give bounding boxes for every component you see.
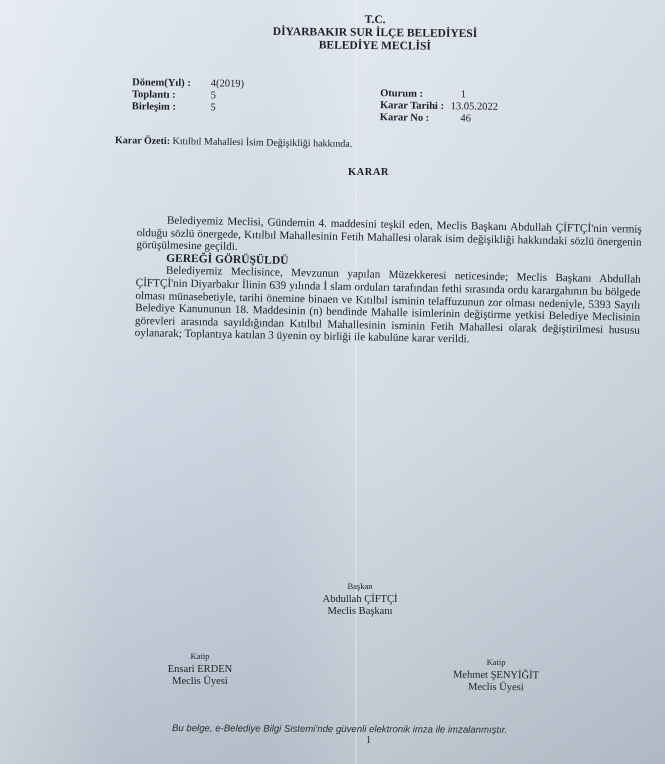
meta-label: Toplantı :	[132, 89, 208, 102]
decision-body: Belediyemiz Meclisi, Gündemin 4. maddesi…	[135, 214, 642, 350]
meta-value: 5	[210, 102, 215, 113]
signature-name: Abdullah ÇİFTÇİ	[305, 594, 415, 606]
session-info-left: Dönem(Yıl) : 4(2019) Toplantı : 5 Birleş…	[132, 77, 244, 115]
document-header: T.C. DİYARBAKIR SUR İLÇE BELEDİYESİ BELE…	[270, 13, 480, 54]
signature-clerk-2: Katip Mehmet ŞENYİĞİT Meclis Üyesi	[436, 655, 556, 694]
meta-value: 13.05.2022	[451, 101, 498, 113]
signature-chair: Başkan Abdullah ÇİFTÇİ Meclis Başkanı	[305, 580, 415, 618]
meta-label: Oturum :	[380, 88, 454, 101]
signature-role: Katip	[436, 655, 556, 668]
signature-role: Katip	[145, 650, 255, 662]
e-signature-note: Bu belge, e-Belediye Bilgi Sistemi'nde g…	[172, 723, 507, 736]
meta-value: 5	[211, 90, 216, 101]
meta-row-birlesim: Birleşim : 5	[132, 101, 244, 115]
header-council: BELEDİYE MECLİSİ	[270, 39, 480, 54]
meta-value: 4(2019)	[211, 78, 244, 89]
meta-label: Dönem(Yıl) :	[132, 77, 208, 90]
signature-clerk-1: Katip Ensari ERDEN Meclis Üyesi	[145, 650, 255, 688]
page-number: 1	[366, 735, 371, 746]
signature-name: Ensari ERDEN	[145, 664, 255, 676]
signature-name: Mehmet ŞENYİĞİT	[436, 669, 556, 682]
meta-label: Karar Tarihi :	[380, 100, 444, 113]
meta-value: 1	[461, 89, 466, 100]
meta-row-karar-no: Karar No : 46	[380, 112, 498, 126]
paper-fold	[355, 0, 357, 764]
signature-title: Meclis Başkanı	[305, 606, 415, 618]
meta-label: Birleşim :	[132, 101, 208, 114]
signature-role: Başkan	[305, 580, 415, 592]
meta-label: Karar No :	[380, 112, 454, 125]
summary-label: Karar Özeti:	[115, 135, 170, 147]
paper-background	[0, 0, 665, 764]
header-municipality: DİYARBAKIR SUR İLÇE BELEDİYESİ	[270, 26, 480, 41]
session-info-right: Oturum : 1 Karar Tarihi : 13.05.2022 Kar…	[380, 88, 498, 126]
meta-value: 46	[460, 113, 471, 124]
signature-title: Meclis Üyesi	[145, 676, 255, 688]
signature-title: Meclis Üyesi	[436, 681, 556, 694]
body-paragraph-2: Belediyemiz Meclisince, Mevzunun yapılan…	[135, 264, 641, 349]
decision-title: KARAR	[348, 167, 389, 178]
